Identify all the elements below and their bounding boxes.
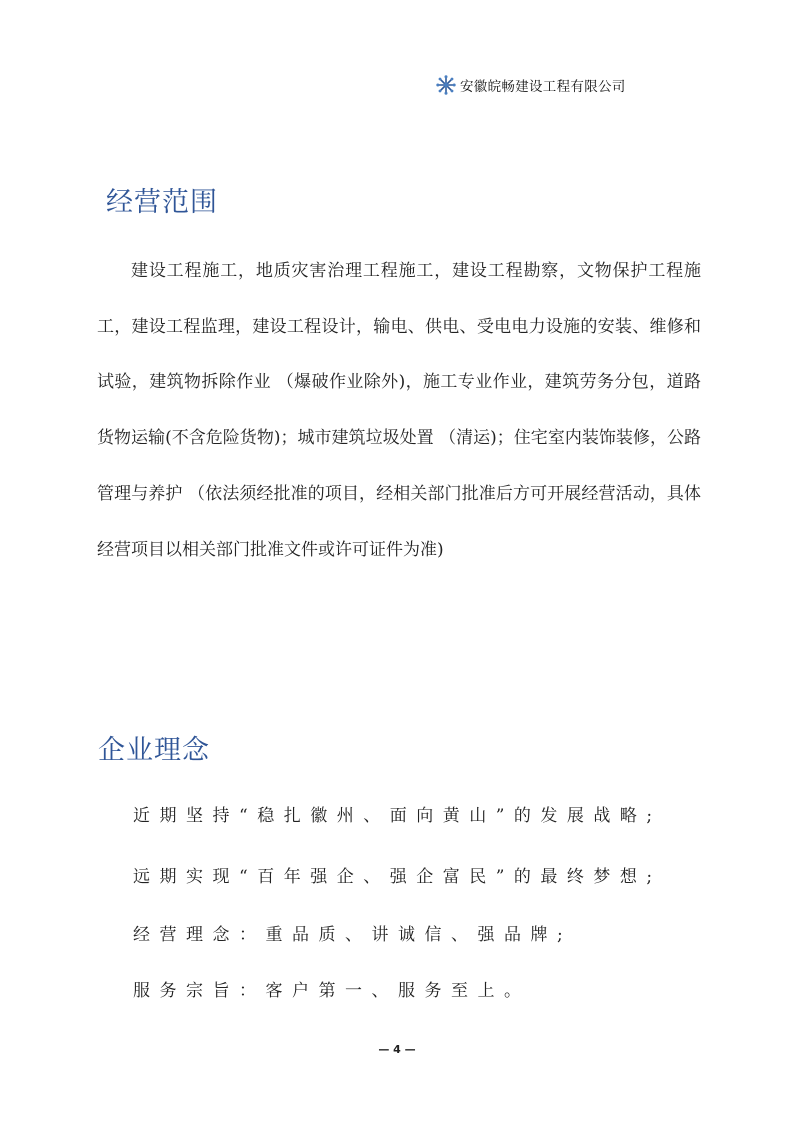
business-scope-paragraph: 建设工程施工，地质灾害治理工程施工，建设工程勘察，文物保护工程施工，建设工程监理…: [97, 244, 701, 578]
section-title-business-scope: 经营范围: [106, 180, 218, 219]
philosophy-line-near-term: 近期坚持“稳扎徽州、面向黄山”的发展战略;: [133, 801, 662, 826]
philosophy-line-long-term: 远期实现“百年强企、强企富民”的最终梦想;: [133, 862, 662, 887]
section-title-corporate-philosophy: 企业理念: [98, 728, 210, 767]
snowflake-logo-icon: [436, 75, 456, 95]
philosophy-line-business-concept: 经营理念：重品质、讲诚信、强品牌;: [133, 920, 572, 945]
philosophy-line-service-tenet: 服务宗旨：客户第一、服务至上。: [133, 976, 531, 1001]
company-name: 安徽皖畅建设工程有限公司: [460, 75, 626, 95]
page-number: — 4 —: [0, 1043, 794, 1056]
page-header: 安徽皖畅建设工程有限公司: [436, 75, 626, 95]
